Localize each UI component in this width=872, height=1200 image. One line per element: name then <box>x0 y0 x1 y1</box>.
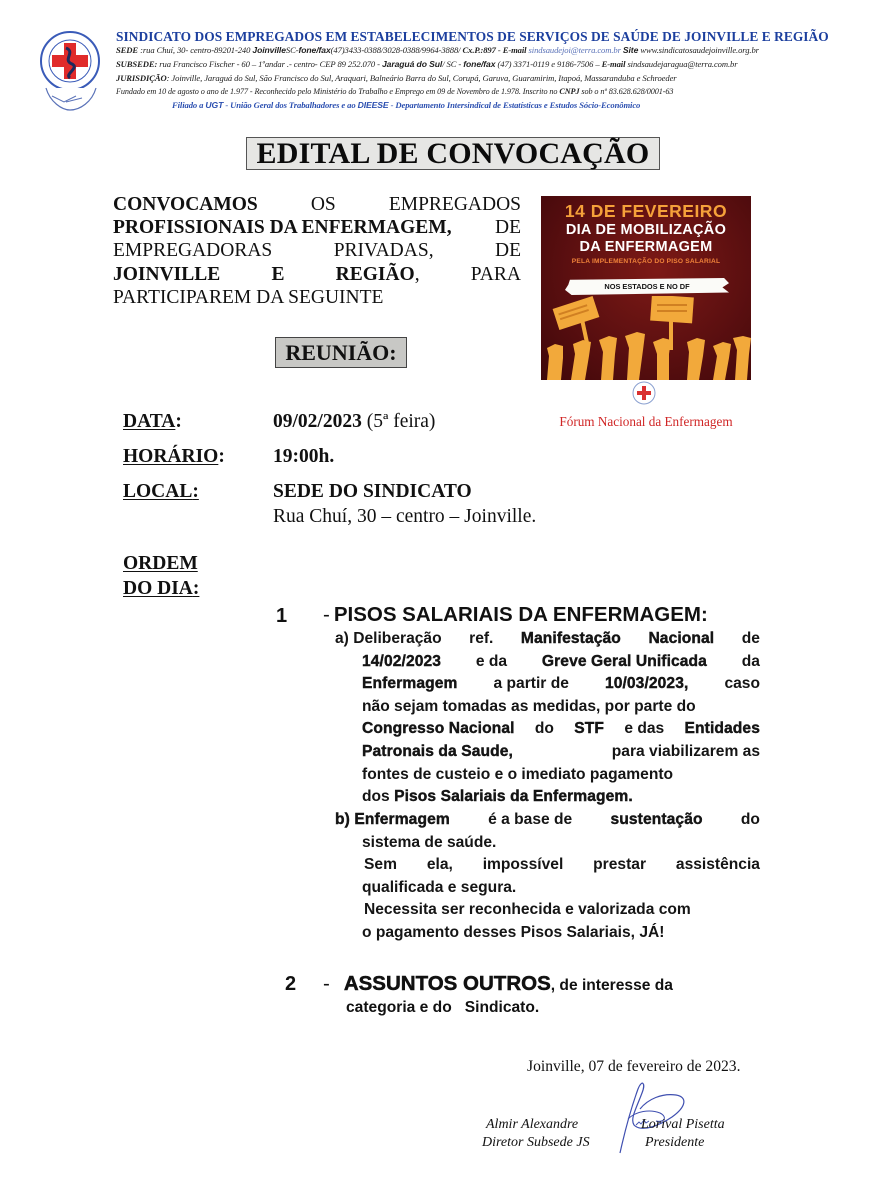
signer-1-role: Diretor Subsede JS <box>482 1135 590 1151</box>
subsede-phone-label: fone/fax <box>463 59 495 69</box>
text-run: Greve Geral Unificada <box>542 651 707 674</box>
time-label: HORÁRIO: <box>123 446 225 468</box>
text-run: assistência <box>676 854 760 877</box>
convocation-word: PARTICIPAREM DA SEGUINTE <box>113 286 383 309</box>
convocation-word: EMPREGADOS <box>389 193 521 216</box>
text-run: Manifestação <box>521 628 621 651</box>
meeting-time: 19:00h. <box>273 446 334 468</box>
text-run: a partir de <box>494 673 569 696</box>
text-line: não sejam tomadas as medidas, por parte … <box>335 696 760 719</box>
header-founded-line: Fundado em 10 de agosto o ano de 1.977 -… <box>116 87 673 96</box>
text-run: e das <box>624 718 664 741</box>
colon: : <box>175 411 182 433</box>
text-run: qualificada e segura. <box>362 877 516 900</box>
sede-po-box: Cx.P.:897 - <box>463 45 501 55</box>
text-run: ref. <box>469 628 493 651</box>
convocation-paragraph: CONVOCAMOS OS EMPREGADOS PROFISSIONAIS D… <box>113 193 521 309</box>
meeting-weekday: (5ª feira) <box>367 411 436 432</box>
poster-headline-2: DA ENFERMAGEM <box>541 239 751 255</box>
text-run: Pisos Salariais da Enfermagem. <box>394 786 633 809</box>
text-line: Congresso Nacional do STF e das Entidade… <box>335 718 760 741</box>
union-name: SINDICATO DOS EMPREGADOS EM ESTABELECIME… <box>116 29 829 45</box>
signer-1-name: Almir Alexandre <box>486 1117 578 1133</box>
time-label-text: HORÁRIO <box>123 446 218 467</box>
text-line: b) Enfermagem é a base de sustentação do <box>335 809 760 832</box>
convocation-word: OS <box>311 193 336 216</box>
text-run: prestar <box>593 854 646 877</box>
text-line: sistema de saúde. <box>335 832 760 855</box>
agenda-item-2-title-text: ASSUNTOS OUTROS <box>344 972 551 995</box>
text-run: Sem <box>364 854 397 877</box>
affiliation-text-2: - União Geral dos Trabalhadores e ao <box>225 100 355 110</box>
text-run: sustentação <box>611 809 703 832</box>
affiliation-text: Filiado a <box>172 100 203 110</box>
sede-uf: SC- <box>286 45 299 55</box>
convocation-word: DE <box>495 239 521 262</box>
text-line: Enfermagem a partir de 10/03/2023, caso <box>335 673 760 696</box>
agenda-item-1-title: -PISOS SALARIAIS DA ENFERMAGEM: <box>323 603 708 627</box>
jurisdiction-text: : Joinville, Jaraguá do Sul, São Francis… <box>167 73 677 83</box>
date-label: DATA: <box>123 411 182 433</box>
text-run: dos <box>362 786 390 809</box>
poster-subtitle: PELA IMPLEMENTAÇÃO DO PISO SALARIAL <box>541 258 751 265</box>
text-run: Necessita ser reconhecida e valorizada c… <box>364 899 691 922</box>
text-run: de <box>742 628 760 651</box>
sede-label: SEDE <box>116 45 138 55</box>
convocation-word: PARA <box>471 263 521 286</box>
mobilization-poster: 14 DE FEVEREIRO DIA DE MOBILIZAÇÃO DA EN… <box>541 196 751 380</box>
text-run: Nacional <box>648 628 714 651</box>
signer-2-role: Presidente <box>645 1135 704 1151</box>
agenda-label: ORDEM DO DIA: <box>123 551 199 601</box>
sede-email-label: E-mail <box>503 45 527 55</box>
signer-2-name: Lorival Pisetta <box>641 1117 725 1133</box>
place-label-text: LOCAL <box>123 481 192 502</box>
text-run: 14/02/2023 <box>362 651 441 674</box>
convocation-professionals: PROFISSIONAIS DA ENFERMAGEM, <box>113 216 452 239</box>
affiliation-text-3: - Departamento Intersindical de Estatíst… <box>391 100 641 110</box>
text-run: sistema de saúde. <box>362 832 496 855</box>
text-run: caso <box>724 673 760 696</box>
poster-date: 14 DE FEVEREIRO <box>541 201 751 222</box>
text-run: e da <box>476 651 507 674</box>
meeting-address: Rua Chuí, 30 – centro – Joinville. <box>273 506 536 528</box>
text-run: do <box>741 809 760 832</box>
text-run: Congresso Nacional <box>362 718 515 741</box>
text-line: Sem ela, impossível prestar assistência <box>335 854 760 877</box>
subsede-phone: (47) 3371-0119 e 9186-7506 – <box>497 59 599 69</box>
text-line: fontes de custeio e o imediato pagamento <box>335 764 760 787</box>
poster-headline-1: DIA DE MOBILIZAÇÃO <box>541 222 751 238</box>
poster-banner: NOS ESTADOS E NO DF <box>565 278 729 295</box>
subsede-email-link[interactable]: sindsaudejaragua@terra.com.br <box>627 59 737 69</box>
agenda-item-1b-body: b) Enfermagem é a base de sustentação do… <box>335 809 760 945</box>
text-run: 10/03/2023, <box>605 673 688 696</box>
subsede-uf: / SC - <box>442 59 461 69</box>
convocation-word: PRIVADAS, <box>334 239 434 262</box>
text-run: o pagamento desses Pisos Salariais, JÁ! <box>362 922 664 945</box>
founded-text: Fundado em 10 de agosto o ano de 1.977 -… <box>116 87 557 96</box>
agenda-label-line-1: ORDEM <box>123 551 199 576</box>
union-logo <box>36 30 104 114</box>
meeting-place: SEDE DO SINDICATO <box>273 481 472 503</box>
subsede-email-label: E-mail <box>602 59 626 69</box>
agenda-item-1-number: 1 <box>276 605 287 628</box>
convocation-word: EMPREGADORAS <box>113 239 272 262</box>
text-run: ela, <box>427 854 453 877</box>
colon: : <box>218 446 225 468</box>
text-run: para viabilizarem as <box>612 741 760 764</box>
subsede-address: rua Francisco Fischer - 60 – 1ºandar .- … <box>159 59 380 69</box>
jurisdiction-label: JURISDIÇÃO <box>116 73 167 83</box>
convocation-word: REGIÃO <box>336 264 415 285</box>
text-line: dos Pisos Salariais da Enfermagem. <box>335 786 760 809</box>
meeting-date: 09/02/2023 <box>273 411 362 432</box>
subsede-city: Jaraguá do Sul <box>382 59 442 69</box>
text-run: impossível <box>483 854 564 877</box>
place-and-date: Joinville, 07 de fevereiro de 2023. <box>527 1058 741 1076</box>
text-run: Enfermagem <box>362 673 457 696</box>
sede-site-label: Site <box>623 45 638 55</box>
text-run: do <box>535 718 554 741</box>
agenda-item-2-continuation: categoria e do Sindicato. <box>346 999 539 1017</box>
ugt-label: UGT <box>205 100 223 110</box>
meeting-label: REUNIÃO: <box>275 337 407 368</box>
sede-address: :rua Chuí, 30- centro-89201-240 <box>140 45 250 55</box>
text-line: Necessita ser reconhecida e valorizada c… <box>335 899 760 922</box>
header-jurisdiction-line: JURISDIÇÃO: Joinville, Jaraguá do Sul, S… <box>116 73 677 83</box>
agenda-item-2-title-rest: , de interesse da <box>551 977 673 994</box>
text-run: a) Deliberação <box>335 628 442 651</box>
text-line: qualificada e segura. <box>335 877 760 900</box>
convocation-word: E <box>271 263 284 286</box>
sede-site-link[interactable]: www.sindicatosaudejoinville.org.br <box>640 45 759 55</box>
convocation-word: JOINVILLE <box>113 263 220 286</box>
agenda-item-2-number: 2 <box>285 973 296 996</box>
text-line: o pagamento desses Pisos Salariais, JÁ! <box>335 922 760 945</box>
text-run: da <box>742 651 760 674</box>
convocation-word: CONVOCAMOS <box>113 193 258 216</box>
text-run: é a base de <box>488 809 572 832</box>
header-sede-line: SEDE :rua Chuí, 30- centro-89201-240 Joi… <box>116 45 759 55</box>
text-line: Patronais da Saude, para viabilizarem as <box>335 741 760 764</box>
cnpj-number: sob o nº 83.628.628/0001-63 <box>581 87 673 96</box>
agenda-item-1-title-text: PISOS SALARIAIS DA ENFERMAGEM: <box>334 603 708 626</box>
text-run: STF <box>574 718 604 741</box>
place-label: LOCAL: <box>123 481 199 503</box>
cnpj-label: CNPJ <box>559 87 579 96</box>
text-run: Patronais da Saude, <box>362 741 513 764</box>
subsede-label: SUBSEDE: <box>116 59 157 69</box>
text-run: b) Enfermagem <box>335 809 450 832</box>
agenda-item-2-title: -ASSUNTOS OUTROS, de interesse da <box>323 972 673 996</box>
text-line: a) Deliberação ref. Manifestação Naciona… <box>335 628 760 651</box>
dieese-label: DIEESE <box>358 100 389 110</box>
agenda-item-1-body: a) Deliberação ref. Manifestação Naciona… <box>335 628 760 809</box>
sede-city: Joinville <box>252 45 286 55</box>
document-title: EDITAL DE CONVOCAÇÃO <box>246 137 660 170</box>
raised-fists-illustration <box>541 296 751 380</box>
convocation-word: DE <box>495 216 521 239</box>
text-run: fontes de custeio e o imediato pagamento <box>362 764 673 787</box>
agenda-label-line-2: DO DIA <box>123 578 193 599</box>
text-line: 14/02/2023 e da Greve Geral Unificada da <box>335 651 760 674</box>
header-subsede-line: SUBSEDE: rua Francisco Fischer - 60 – 1º… <box>116 59 737 69</box>
header-affiliation-line: Filiado a UGT - União Geral dos Trabalha… <box>172 100 640 110</box>
sede-email-link[interactable]: sindsaudejoi@terra.com.br <box>529 45 621 55</box>
text-run: Entidades <box>685 718 760 741</box>
text-run: não sejam tomadas as medidas, por parte … <box>362 696 696 719</box>
forum-caption: Fórum Nacional da Enfermagem <box>541 414 751 430</box>
forum-logo <box>632 381 656 405</box>
date-label-text: DATA <box>123 411 175 432</box>
sede-phone: (47)3433-0388/3028-0388/9964-3888/ <box>331 45 461 55</box>
sede-phone-label: fone/fax <box>298 45 330 55</box>
date-value: 09/02/2023 (5ª feira) <box>273 411 435 433</box>
